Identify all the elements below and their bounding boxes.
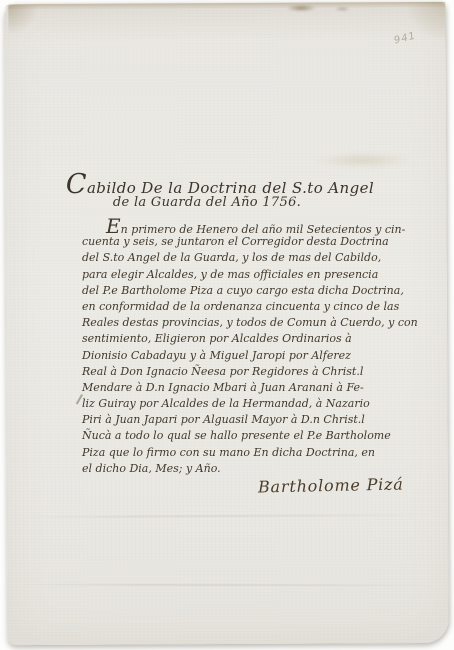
paper-crease — [21, 514, 434, 518]
manuscript-line: del S.to Angel de la Guarda, y los de ma… — [82, 250, 388, 266]
manuscript-line: sentimiento, Eligieron por Alcaldes Ordi… — [82, 331, 388, 347]
signature-bartholome-piza: Bartholome Pizá — [258, 474, 404, 496]
paper-crease — [21, 584, 434, 587]
manuscript-line: Reales destas provincias, y todos de Com… — [82, 315, 388, 331]
manuscript-line: en conformidad de la ordenanza cincuenta… — [82, 299, 388, 315]
corner-stain-top-left — [8, 5, 38, 35]
manuscript-line: del P.e Bartholome Piza a cuyo cargo est… — [82, 283, 388, 299]
manuscript-line: el dicho Dia, Mes; y Año. — [82, 461, 388, 477]
manuscript-line: para elegir Alcaldes, y de mas officiale… — [82, 267, 388, 283]
manuscript-line: Ñucà a todo lo qual se hallo presente el… — [82, 428, 388, 444]
manuscript-line: Dionisio Cabadayu y à Miguel Jaropi por … — [82, 348, 388, 364]
manuscript-line: cuenta y seis, se juntaron el Corregidor… — [82, 234, 388, 250]
manuscript-line: En primero de Henero del año mil Setecie… — [82, 218, 388, 234]
manuscript-subtitle: de la Guarda del Año 1756. — [0, 195, 414, 210]
scanned-manuscript-page: 941 Cabildo De la Doctrina del S.to Ange… — [0, 0, 454, 650]
manuscript-line: liz Guiray por Alcaldes de la Hermandad,… — [82, 396, 388, 412]
manuscript-line: Real à Don Ignacio Ñeesa por Regidores à… — [82, 364, 388, 380]
ink-showthrough-band — [313, 152, 413, 169]
manuscript-line: Piza que lo firmo con su mano En dicha D… — [82, 445, 388, 461]
manuscript-body: En primero de Henero del año mil Setecie… — [82, 218, 388, 477]
top-edge-stain — [286, 5, 316, 12]
manuscript-line: Piri à Juan Japari por Alguasil Mayor à … — [82, 412, 388, 428]
top-edge-stain-small — [334, 6, 350, 11]
manuscript-line: Mendare à D.n Ignacio Mbari à Juan Arana… — [82, 380, 388, 396]
